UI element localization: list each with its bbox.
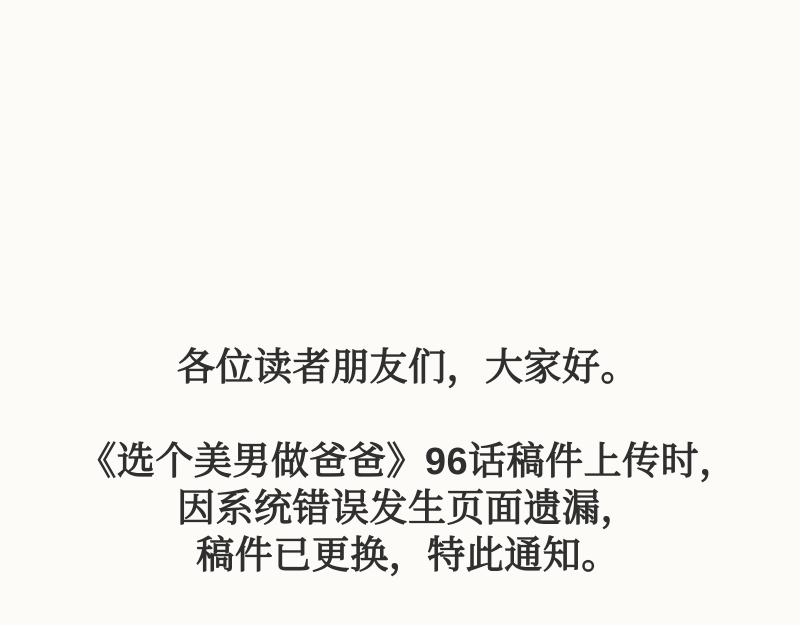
notice-greeting-line: 各位读者朋友们，大家好。 xyxy=(16,345,800,392)
notice-body-line: 因系统错误发生页面遗漏， xyxy=(16,486,800,533)
notice-body-line: 《选个美男做爸爸》96话稿件上传时， xyxy=(16,439,800,486)
notice-body-line: 稿件已更换，特此通知。 xyxy=(16,533,800,580)
paragraph-gap xyxy=(16,392,800,439)
notice-text-block: 各位读者朋友们，大家好。 《选个美男做爸爸》96话稿件上传时， 因系统错误发生页… xyxy=(0,345,800,580)
notice-page: 各位读者朋友们，大家好。 《选个美男做爸爸》96话稿件上传时， 因系统错误发生页… xyxy=(0,0,800,625)
